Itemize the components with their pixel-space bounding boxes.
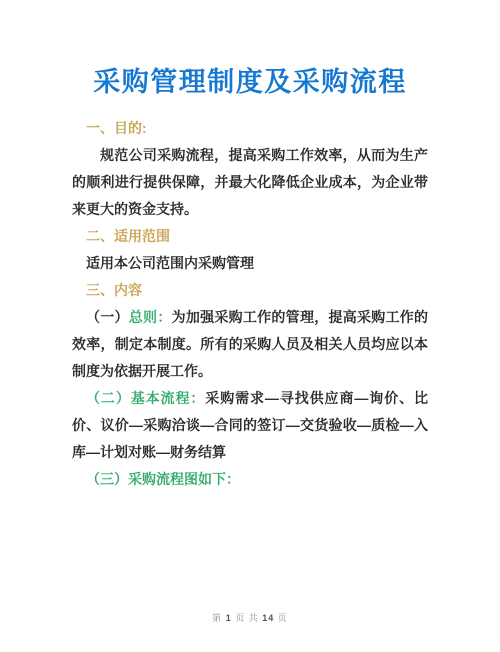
footer-label-of: 页 共 [235,613,259,623]
section-heading-content: 三、内容 [72,277,428,304]
paragraph-scope: 适用本公司范围内采购管理 [72,250,428,277]
paragraph-purpose: 规范公司采购流程，提高采购工作效率，从而为生产的顺利进行提供保障，并最大化降低企… [72,142,428,223]
footer-label-page: 第 [212,613,222,623]
page-footer: 第 1 页 共 14 页 [0,611,500,624]
document-body: 一、目的: 规范公司采购流程，提高采购工作效率，从而为生产的顺利进行提供保障，并… [72,115,428,493]
document-page: 采购管理制度及采购流程 一、目的: 规范公司采购流程，提高采购工作效率，从而为生… [0,0,500,652]
item-basic-process: （二）基本流程：采购需求—寻找供应商—询价、比价、议价—采购洽谈—合同的签订—交… [72,385,428,466]
item-general-rules-number: （一） [86,309,129,325]
item-basic-process-label: （二）基本流程： [86,390,205,406]
page-title: 采购管理制度及采购流程 [0,0,500,99]
item-general-rules: （一）总则：为加强采购工作的管理，提高采购工作的效率，制定本制度。所有的采购人员… [72,304,428,385]
section-heading-purpose: 一、目的: [72,115,428,142]
footer-label-end: 页 [278,613,288,623]
footer-current-page: 1 [226,613,232,623]
section-heading-scope: 二、适用范围 [72,223,428,250]
footer-total-pages: 14 [262,613,274,623]
item-general-rules-label: 总则： [129,309,172,325]
item-flowchart-label: （三）采购流程图如下： [72,466,428,493]
